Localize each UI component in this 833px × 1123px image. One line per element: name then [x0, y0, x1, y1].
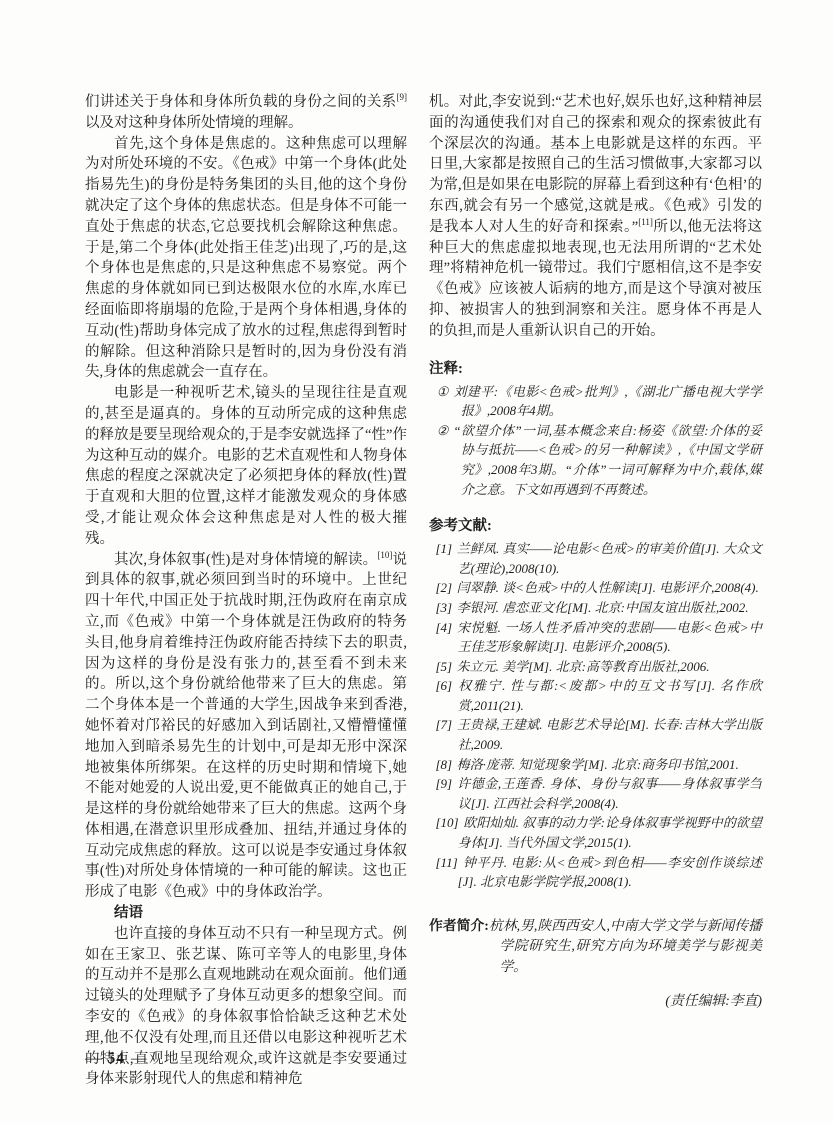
text-columns: 们讲述关于身体和身体所负载的身份之间的关系[9]以及对这种身体所处情境的理解。 … [85, 92, 762, 1090]
note-number: ① [437, 384, 449, 399]
reference-item: [7]王贵禄,王建斌. 电影艺术导论[M]. 长春:吉林大学出版社,2009. [429, 715, 762, 754]
conclusion-heading: 结语 [85, 903, 407, 924]
reference-text: 许德金,王莲香. 身体、身份与叙事——身体叙事学刍议[J]. 江西社会科学,20… [457, 776, 762, 811]
reference-number: [6] [436, 678, 453, 693]
reference-number: [1] [436, 541, 453, 556]
author-bio-label: 作者简介: [429, 918, 489, 933]
reference-text: 闫翠静. 谈<色戒>中的人性解读[J]. 电影评介,2008(4). [457, 580, 759, 595]
reference-text: 兰鲜凤. 真实——论电影<色戒>的审美价值[J]. 大众文艺(理论),2008(… [457, 541, 762, 576]
reference-item: [5]朱立元. 美学[M]. 北京:高等教育出版社,2006. [429, 657, 762, 677]
paragraph-text: 们讲述关于身体和身体所负载的身份之间的关系 [85, 94, 397, 110]
paragraph-continued-right: 机。对此,李安说到:“艺术也好,娱乐也好,这种精神层面的沟通使我们对自己的探索和… [429, 92, 762, 342]
reference-item: [2]闫翠静. 谈<色戒>中的人性解读[J]. 电影评介,2008(4). [429, 578, 762, 598]
paragraph-text: 以及对这种身体所处情境的理解。 [85, 115, 303, 131]
reference-number: [4] [436, 620, 453, 635]
page-number: —54— [85, 1050, 148, 1068]
paragraph-film: 电影是一种视听艺术,镜头的呈现往往是直观的,甚至是逼真的。身体的互动所完成的这种… [85, 383, 407, 549]
notes-section: 注释: ①刘建平:《电影<色戒>批判》,《湖北广播电视大学学报》,2008年4期… [429, 359, 762, 500]
reference-text: 欧阳灿灿. 叙事的动力学:论身体叙事学视野中的欲望身体[J]. 当代外国文学,2… [458, 815, 762, 850]
reference-number: [2] [436, 580, 453, 595]
reference-text: 梅洛·庞蒂. 知觉现象学[M]. 北京:商务印书馆,2001. [457, 757, 739, 772]
paragraph-text: 所以,他无法将这种巨大的焦虑虚拟地表现,也无法用所谓的“艺术处理”将精神危机一镜… [429, 219, 762, 339]
paragraph-second-body: 其次,身体叙事(性)是对身体情境的解读。[10]说到具体的叙事,就必须回到当时的… [85, 550, 407, 904]
author-bio-text: 杭林,男,陕西西安人,中南大学文学与新闻传播学院研究生,研究方向为环境美学与影视… [489, 918, 762, 974]
reference-text: 钟平丹. 电影:从<色戒>到色相——李安创作谈综述[J]. 北京电影学院学报,2… [458, 855, 762, 890]
page-number-dash-right: — [131, 1050, 148, 1067]
reference-number: [5] [436, 659, 453, 674]
reference-number: [11] [436, 855, 458, 870]
paragraph-text: 说到具体的叙事,就必须回到当时的环境中。上世纪四十年代,中国正处于抗战时期,汪伪… [85, 552, 407, 901]
reference-item: [11]钟平丹. 电影:从<色戒>到色相——李安创作谈综述[J]. 北京电影学院… [429, 853, 762, 892]
reference-text: 李银河. 虐恋亚文化[M]. 北京:中国友谊出版社,2002. [457, 600, 749, 615]
footnote-marker-9: [9] [397, 92, 408, 102]
note-number: ② [437, 423, 449, 438]
note-item: ②“欲望介体”一词,基本概念来自:杨姿《欲望:介体的妥协与抵抗——<色戒>的另一… [429, 421, 762, 499]
reference-number: [9] [436, 776, 453, 791]
page-number-value: 54 [102, 1050, 132, 1067]
references-heading: 参考文献: [429, 516, 762, 537]
paragraph-continued: 们讲述关于身体和身体所负载的身份之间的关系[9]以及对这种身体所处情境的理解。 [85, 92, 407, 134]
right-column: 机。对此,李安说到:“艺术也好,娱乐也好,这种精神层面的沟通使我们对自己的探索和… [429, 92, 762, 1090]
reference-item: [10]欧阳灿灿. 叙事的动力学:论身体叙事学视野中的欲望身体[J]. 当代外国… [429, 813, 762, 852]
reference-text: 王贵禄,王建斌. 电影艺术导论[M]. 长春:吉林大学出版社,2009. [457, 717, 762, 752]
reference-number: [10] [436, 815, 459, 830]
reference-number: [3] [436, 600, 453, 615]
note-text: 刘建平:《电影<色戒>批判》,《湖北广播电视大学学报》,2008年4期。 [453, 384, 762, 419]
notes-heading: 注释: [429, 359, 762, 380]
reference-text: 宋悦魁. 一场人性矛盾冲突的悲剧——电影<色戒>中王佳芝形象解读[J]. 电影评… [457, 620, 762, 655]
paragraph-first-body: 首先,这个身体是焦虑的。这种焦虑可以理解为对所处环境的不安。《色戒》中第一个身体… [85, 134, 407, 384]
reference-item: [1]兰鲜凤. 真实——论电影<色戒>的审美价值[J]. 大众文艺(理论),20… [429, 539, 762, 578]
references-section: 参考文献: [1]兰鲜凤. 真实——论电影<色戒>的审美价值[J]. 大众文艺(… [429, 516, 762, 892]
note-text: “欲望介体”一词,基本概念来自:杨姿《欲望:介体的妥协与抵抗——<色戒>的另一种… [453, 423, 762, 497]
reference-number: [8] [436, 757, 453, 772]
reference-number: [7] [436, 717, 453, 732]
reference-item: [9]许德金,王莲香. 身体、身份与叙事——身体叙事学刍议[J]. 江西社会科学… [429, 774, 762, 813]
author-bio: 作者简介:杭林,男,陕西西安人,中南大学文学与新闻传播学院研究生,研究方向为环境… [429, 916, 762, 978]
reference-item: [6]权雅宁. 性与都:<废都>中的互文书写[J]. 名作欣赏,2011(21)… [429, 676, 762, 715]
page: 们讲述关于身体和身体所负载的身份之间的关系[9]以及对这种身体所处情境的理解。 … [0, 0, 833, 1123]
paragraph-text: 其次,身体叙事(性)是对身体情境的解读。 [114, 552, 377, 568]
page-number-dash-left: — [85, 1050, 102, 1067]
paragraph-text: 机。对此,李安说到:“艺术也好,娱乐也好,这种精神层面的沟通使我们对自己的探索和… [429, 94, 762, 235]
footnote-marker-11: [11] [638, 217, 653, 227]
left-column: 们讲述关于身体和身体所负载的身份之间的关系[9]以及对这种身体所处情境的理解。 … [85, 92, 407, 1090]
reference-item: [4]宋悦魁. 一场人性矛盾冲突的悲剧——电影<色戒>中王佳芝形象解读[J]. … [429, 618, 762, 657]
reference-text: 权雅宁. 性与都:<废都>中的互文书写[J]. 名作欣赏,2011(21). [457, 678, 762, 713]
reference-item: [3]李银河. 虐恋亚文化[M]. 北京:中国友谊出版社,2002. [429, 598, 762, 618]
reference-text: 朱立元. 美学[M]. 北京:高等教育出版社,2006. [457, 659, 710, 674]
footnote-marker-10: [10] [377, 550, 392, 560]
editor-note: (责任编辑:李直) [429, 989, 762, 1009]
note-item: ①刘建平:《电影<色戒>批判》,《湖北广播电视大学学报》,2008年4期。 [429, 382, 762, 421]
reference-item: [8]梅洛·庞蒂. 知觉现象学[M]. 北京:商务印书馆,2001. [429, 755, 762, 775]
